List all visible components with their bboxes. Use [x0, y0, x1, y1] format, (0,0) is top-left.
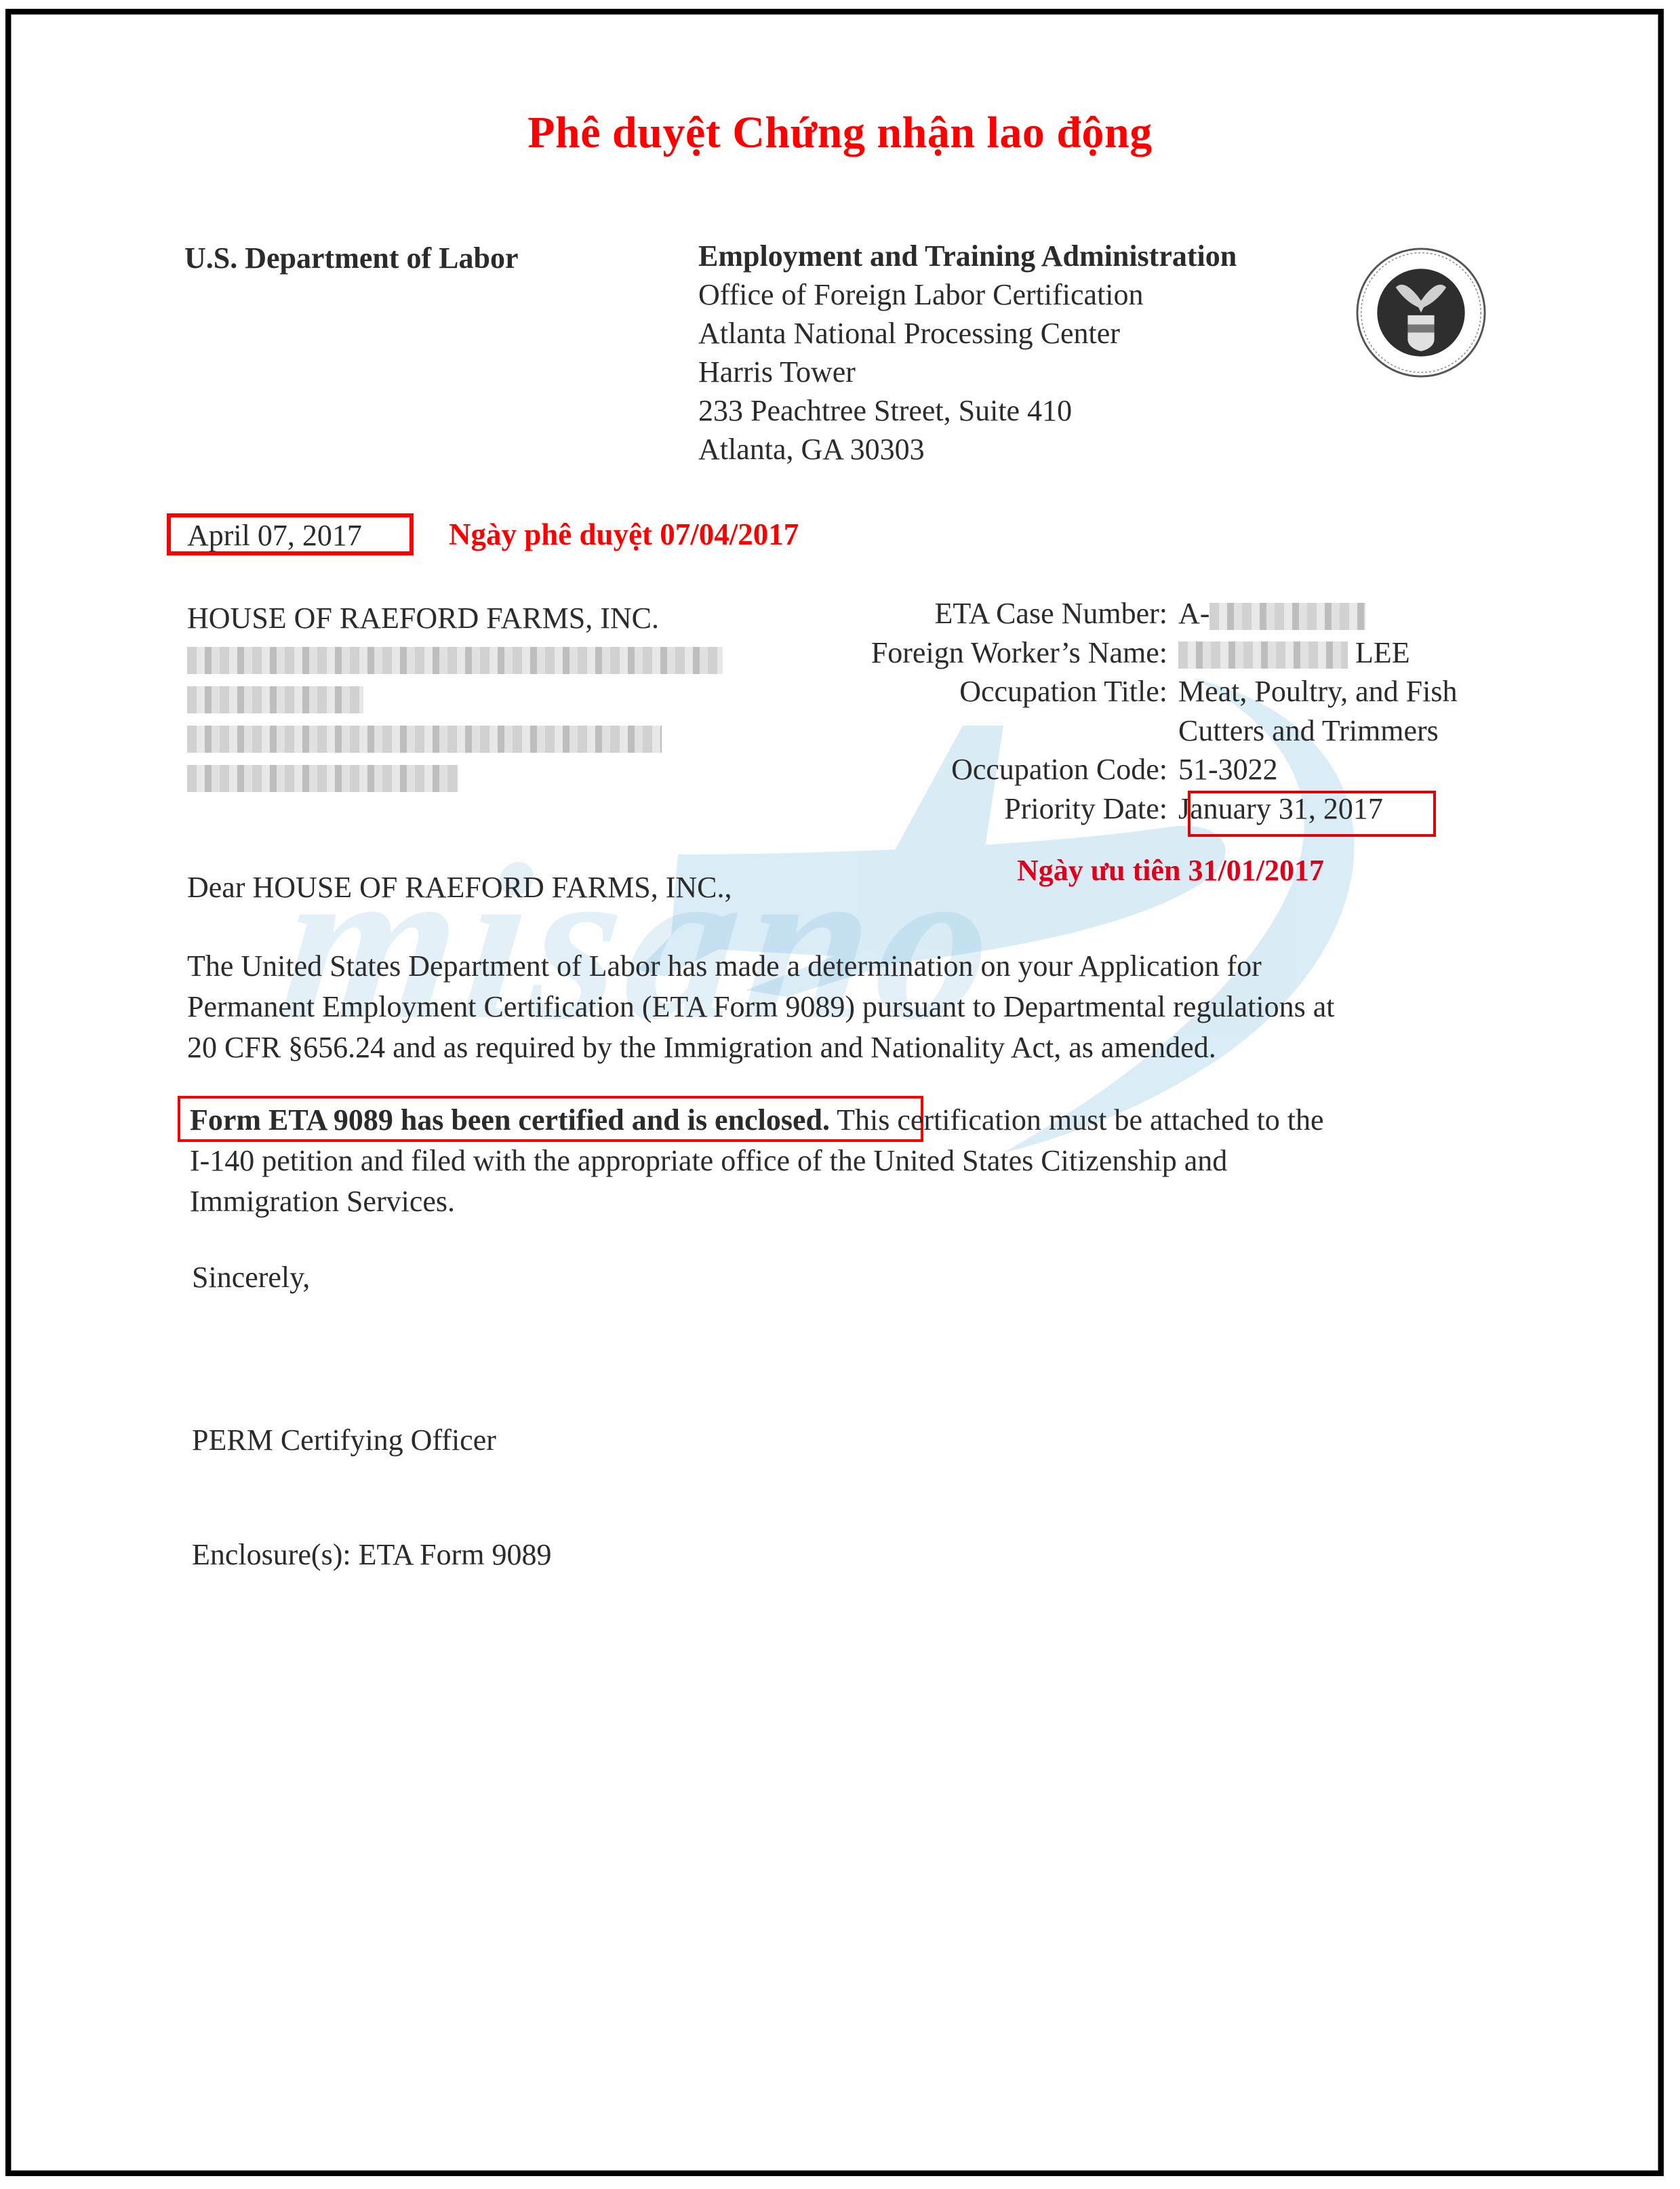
worker-name-row: Foreign Worker’s Name: LEE — [786, 633, 1519, 673]
redacted-worker-name — [1178, 642, 1348, 669]
recipient-name: HOUSE OF RAEFORD FARMS, INC. — [187, 599, 723, 638]
paragraph-line: Immigration Services. — [190, 1181, 1324, 1222]
paragraph-line: This certification must be attached to t… — [830, 1103, 1324, 1137]
case-number-label: ETA Case Number: — [786, 594, 1178, 633]
redacted-case-number — [1209, 603, 1365, 630]
occupation-code-row: Occupation Code: 51-3022 — [786, 750, 1519, 789]
determination-paragraph: The United States Department of Labor ha… — [187, 946, 1335, 1068]
signatory-title: PERM Certifying Officer — [192, 1423, 496, 1457]
priority-date-annotation: Ngày ưu tiên 31/01/2017 — [1017, 853, 1324, 888]
paragraph-line: 20 CFR §656.24 and as required by the Im… — [187, 1027, 1335, 1068]
redacted-line — [187, 686, 363, 713]
paragraph-line: I-140 petition and filed with the approp… — [190, 1141, 1324, 1181]
occupation-title-line1: Meat, Poultry, and Fish — [1178, 672, 1519, 711]
redacted-line — [187, 765, 458, 792]
approval-date-annotation: Ngày phê duyệt 07/04/2017 — [449, 517, 799, 552]
occupation-code: 51-3022 — [1178, 750, 1519, 789]
enclosure-line: Enclosure(s): ETA Form 9089 — [192, 1537, 552, 1572]
closing: Sincerely, — [192, 1260, 310, 1295]
agency-name: Employment and Training Administration — [698, 237, 1237, 275]
office-name: Office of Foreign Labor Certification — [698, 275, 1237, 314]
salutation: Dear HOUSE OF RAEFORD FARMS, INC., — [187, 870, 732, 905]
priority-date-highlight — [1188, 791, 1436, 837]
department-name: U.S. Department of Labor — [184, 241, 519, 275]
street-address: 233 Peachtree Street, Suite 410 — [698, 391, 1237, 430]
worker-surname: LEE — [1355, 636, 1410, 669]
redacted-line — [187, 647, 723, 674]
processing-center: Atlanta National Processing Center — [698, 314, 1237, 353]
city-state-zip: Atlanta, GA 30303 — [698, 430, 1237, 469]
recipient-address: HOUSE OF RAEFORD FARMS, INC. — [187, 599, 723, 795]
occupation-title-label: Occupation Title: — [786, 672, 1178, 750]
case-number-row: ETA Case Number: A- — [786, 594, 1519, 633]
building-name: Harris Tower — [698, 353, 1237, 391]
annotation-title: Phê duyệt Chứng nhận lao động — [0, 107, 1680, 159]
occupation-title-row: Occupation Title: Meat, Poultry, and Fis… — [786, 672, 1519, 750]
worker-name-label: Foreign Worker’s Name: — [786, 633, 1178, 673]
certified-statement: Form ETA 9089 has been certified and is … — [190, 1103, 830, 1137]
letter-page: Phê duyệt Chứng nhận lao động U.S. Depar… — [0, 0, 1680, 2189]
redacted-line — [187, 726, 662, 753]
occupation-code-label: Occupation Code: — [786, 750, 1178, 789]
agency-address-block: Employment and Training Administration O… — [698, 237, 1237, 469]
case-number-prefix: A- — [1178, 597, 1209, 630]
paragraph-line: The United States Department of Labor ha… — [187, 946, 1335, 987]
letter-date: April 07, 2017 — [187, 518, 362, 553]
occupation-title-line2: Cutters and Trimmers — [1178, 711, 1519, 751]
certification-paragraph: Form ETA 9089 has been certified and is … — [190, 1100, 1324, 1222]
department-of-labor-seal-icon — [1355, 246, 1487, 379]
priority-date-label: Priority Date: — [786, 789, 1178, 829]
paragraph-line: Permanent Employment Certification (ETA … — [187, 987, 1335, 1027]
